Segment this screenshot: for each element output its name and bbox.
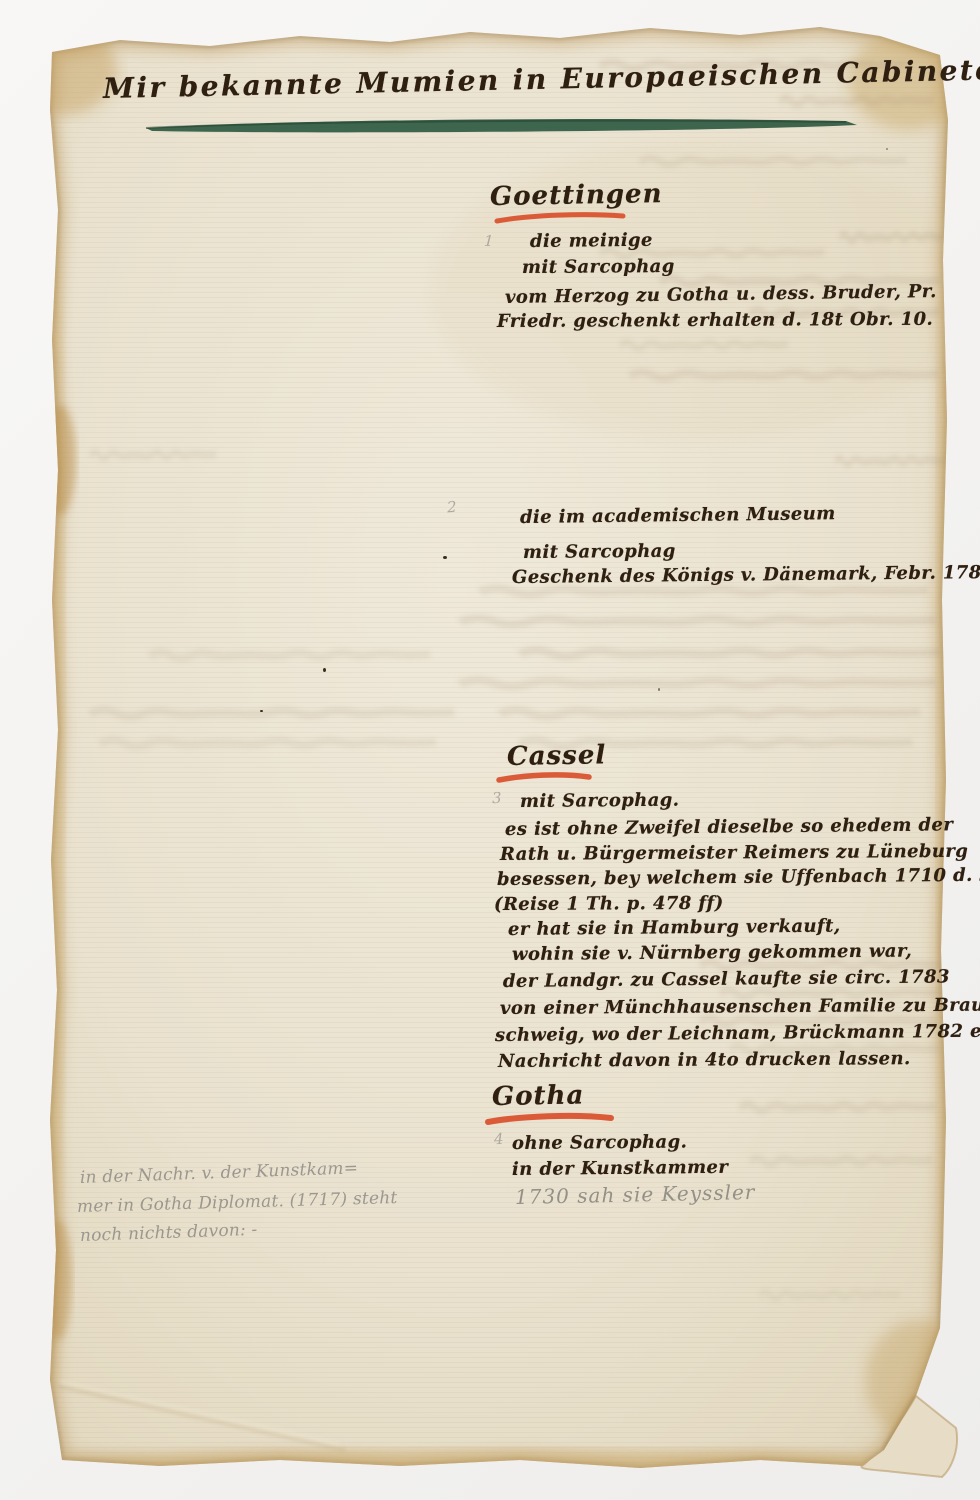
manuscript-line: die im academischen Museum	[520, 503, 836, 528]
section-heading-gotha: Gotha	[492, 1080, 585, 1112]
pencil-number: 4	[494, 1130, 504, 1148]
pencil-number: 3	[492, 789, 502, 807]
ink-speck	[658, 688, 660, 691]
section-heading-cassel: Cassel	[507, 740, 607, 772]
manuscript-line: mit Sarcophag	[523, 541, 676, 563]
ink-speck	[323, 668, 326, 672]
manuscript-line: wohin sie v. Nürnberg gekommen war,	[512, 941, 912, 965]
manuscript-line: er hat sie in Hamburg verkauft,	[508, 916, 841, 940]
scanned-manuscript-page: Mir bekannte Mumien in Europaeischen Cab…	[0, 0, 980, 1500]
margin-note-line: noch nichts davon: -	[80, 1220, 258, 1246]
pencil-number: 1	[484, 232, 494, 250]
manuscript-line: (Reise 1 Th. p. 478 ff)	[494, 893, 724, 915]
ink-speck	[886, 148, 888, 150]
manuscript-line: mit Sarcophag	[522, 256, 675, 278]
manuscript-line: besessen, bey welchem sie Uffenbach 1710…	[497, 864, 980, 890]
manuscript-line: Nachricht davon in 4to drucken lassen.	[498, 1048, 911, 1072]
manuscript-line: von einer Münchhausenschen Familie zu Br…	[500, 994, 980, 1019]
manuscript-line: Friedr. geschenkt erhalten d. 18t Obr. 1…	[497, 309, 933, 332]
manuscript-line: schweig, wo der Leichnam, Brückmann 1782…	[495, 1020, 980, 1046]
margin-note-line: in der Nachr. v. der Kunstkam=	[80, 1158, 359, 1188]
manuscript-line: die meinige	[530, 230, 653, 252]
manuscript-line: es ist ohne Zweifel dieselbe so ehedem d…	[505, 814, 953, 840]
manuscript-line: in der Kunstkammer	[512, 1157, 728, 1180]
manuscript-line: der Landgr. zu Cassel kaufte sie circ. 1…	[503, 966, 950, 992]
manuscript-line: vom Herzog zu Gotha u. dess. Bruder, Pr.	[505, 281, 937, 308]
pencil-number: 2	[446, 498, 457, 517]
manuscript-content: Mir bekannte Mumien in Europaeischen Cab…	[0, 0, 980, 1500]
page-title: Mir bekannte Mumien in Europaeischen Cab…	[103, 53, 980, 105]
manuscript-line: ohne Sarcophag.	[512, 1131, 687, 1154]
manuscript-line: Geschenk des Königs v. Dänemark, Febr. 1…	[512, 562, 980, 588]
ink-speck	[443, 556, 447, 559]
manuscript-line: mit Sarcophag.	[520, 790, 680, 812]
margin-note-line: mer in Gotha Diplomat. (1717) steht	[77, 1188, 398, 1217]
section-heading-goettingen: Goettingen	[490, 179, 663, 212]
ink-speck	[260, 710, 263, 712]
manuscript-line: Rath u. Bürgermeister Reimers zu Lünebur…	[500, 841, 968, 865]
pencil-annotation-keyssler: 1730 sah sie Keyssler	[515, 1180, 756, 1209]
